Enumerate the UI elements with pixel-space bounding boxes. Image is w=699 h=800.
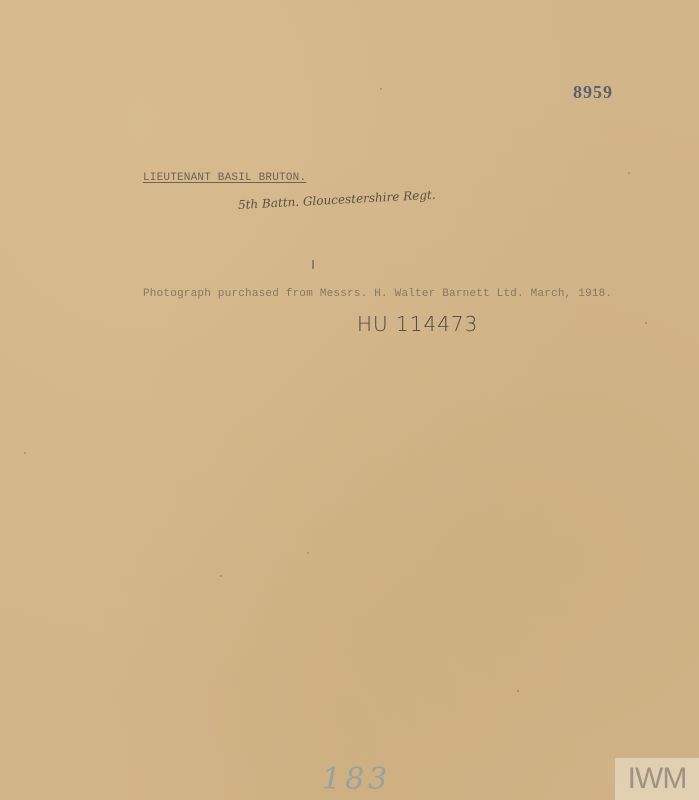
blue-pencil-number: 183 xyxy=(322,762,391,797)
paper-speck xyxy=(220,575,222,577)
paper-speck xyxy=(24,452,26,454)
ink-mark xyxy=(312,260,314,269)
source-line: Photograph purchased from Messrs. H. Wal… xyxy=(143,288,612,300)
handwritten-reference-number: HU 114473 xyxy=(357,312,478,336)
handwritten-unit-note: 5th Battn. Gloucestershire Regt. xyxy=(238,188,436,212)
paper-speck xyxy=(307,552,309,554)
iwm-watermark: IWM xyxy=(615,758,699,800)
subject-name: LIEUTENANT BASIL BRUTON. xyxy=(143,172,306,184)
paper-speck xyxy=(517,690,519,692)
paper-speck xyxy=(380,88,382,90)
catalog-number: 8959 xyxy=(573,82,613,103)
paper-speck xyxy=(628,172,630,174)
iwm-watermark-label: IWM xyxy=(628,762,687,796)
paper-speck xyxy=(645,322,647,324)
